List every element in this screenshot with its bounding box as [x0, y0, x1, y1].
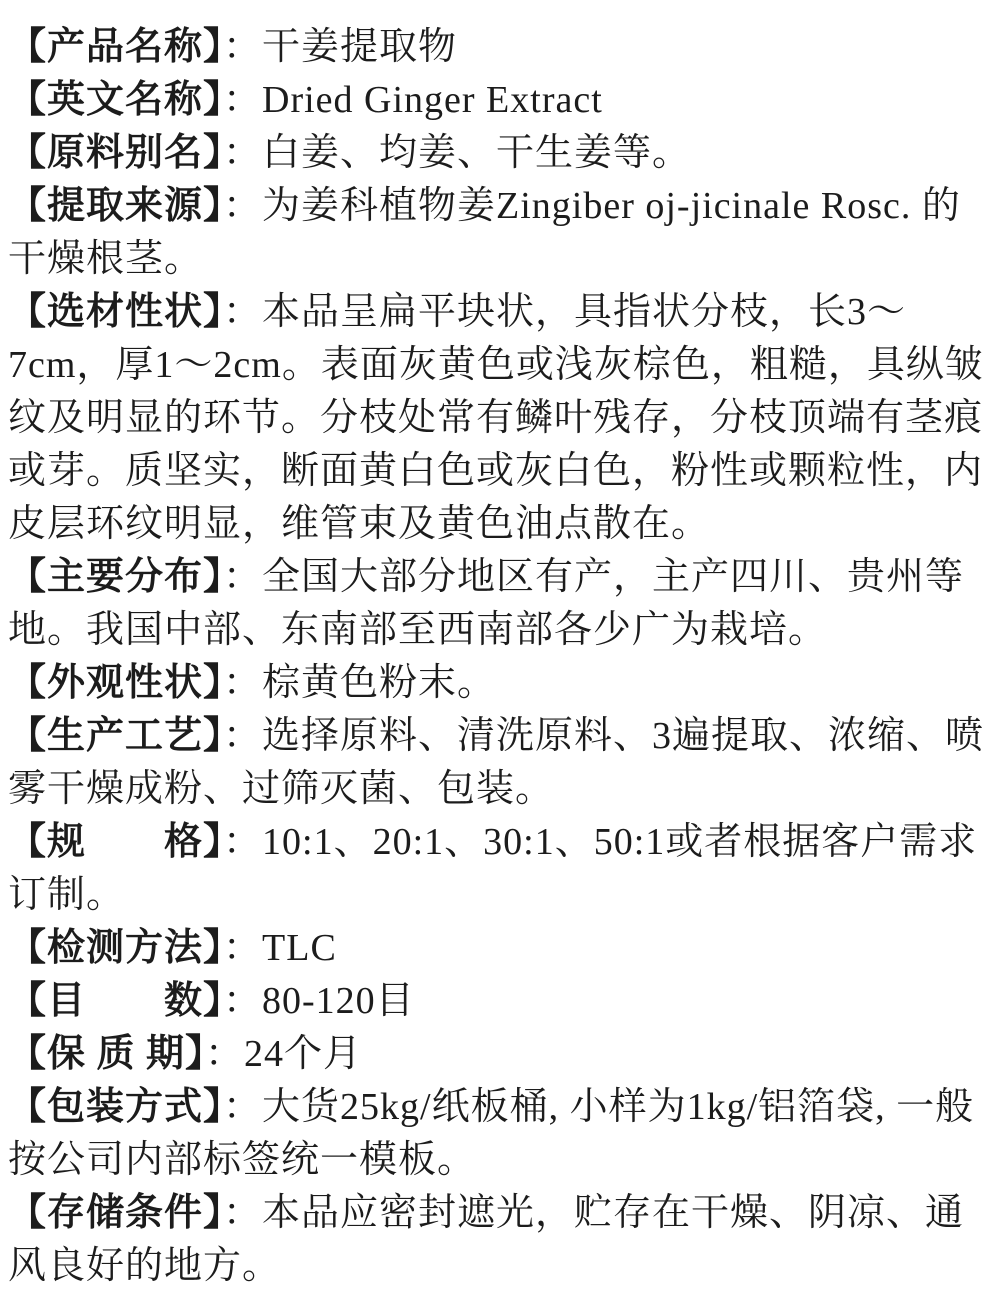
appearance-value: ：棕黄色粉末。: [223, 662, 496, 704]
english-name-label: 【英文名称】: [8, 79, 223, 121]
shelf-life-value: ：24个月: [205, 1033, 362, 1075]
english-name-row: 【英文名称】：Dried Ginger Extract: [8, 74, 994, 127]
product-name-row: 【产品名称】：干姜提取物: [8, 21, 994, 74]
spec-document: 【产品名称】：干姜提取物 【英文名称】：Dried Ginger Extract…: [0, 0, 1000, 1293]
specification-row: 【规 格】：10:1、20:1、30:1、50:1或者根据客户需求订制。: [8, 816, 994, 922]
extraction-source-label: 【提取来源】: [8, 185, 223, 227]
main-distribution-row: 【主要分布】：全国大部分地区有产，主产四川、贵州等地。我国中部、东南部至西南部各…: [8, 551, 994, 657]
material-character-label: 【选材性状】: [8, 291, 223, 333]
test-method-value: ：TLC: [223, 927, 337, 969]
raw-material-alias-label: 【原料别名】: [8, 132, 223, 174]
packaging-label: 【包装方式】: [8, 1086, 223, 1128]
production-process-row: 【生产工艺】：选择原料、清洗原料、3遍提取、浓缩、喷雾干燥成粉、过筛灭菌、包装。: [8, 710, 994, 816]
packaging-row: 【包装方式】：大货25kg/纸板桶, 小样为1kg/铝箔袋, 一般按公司内部标签…: [8, 1081, 994, 1187]
production-process-label: 【生产工艺】: [8, 715, 223, 757]
material-character-row: 【选材性状】：本品呈扁平块状，具指状分枝，长3～7cm，厚1～2cm。表面灰黄色…: [8, 286, 994, 551]
raw-material-alias-value: ：白姜、均姜、干生姜等。: [223, 132, 691, 174]
shelf-life-row: 【保 质 期】：24个月: [8, 1028, 994, 1081]
test-method-label: 【检测方法】: [8, 927, 223, 969]
appearance-label: 【外观性状】: [8, 662, 223, 704]
storage-conditions-label: 【存储条件】: [8, 1192, 223, 1234]
mesh-size-label: 【目 数】: [8, 980, 223, 1022]
storage-conditions-row: 【存储条件】：本品应密封遮光，贮存在干燥、阴凉、通风良好的地方。: [8, 1187, 994, 1293]
appearance-row: 【外观性状】：棕黄色粉末。: [8, 657, 994, 710]
test-method-row: 【检测方法】：TLC: [8, 922, 994, 975]
main-distribution-label: 【主要分布】: [8, 556, 223, 598]
specification-label: 【规 格】: [8, 821, 223, 863]
extraction-source-row: 【提取来源】：为姜科植物姜Zingiber oj-jicinale Rosc. …: [8, 180, 994, 286]
mesh-size-row: 【目 数】：80-120目: [8, 975, 994, 1028]
document-body: 【产品名称】：干姜提取物 【英文名称】：Dried Ginger Extract…: [8, 21, 994, 1293]
shelf-life-label: 【保 质 期】: [8, 1033, 205, 1075]
raw-material-alias-row: 【原料别名】：白姜、均姜、干生姜等。: [8, 127, 994, 180]
mesh-size-value: ：80-120目: [223, 980, 415, 1022]
product-name-value: ：干姜提取物: [223, 26, 457, 68]
english-name-value: ：Dried Ginger Extract: [223, 79, 603, 121]
product-name-label: 【产品名称】: [8, 26, 223, 68]
